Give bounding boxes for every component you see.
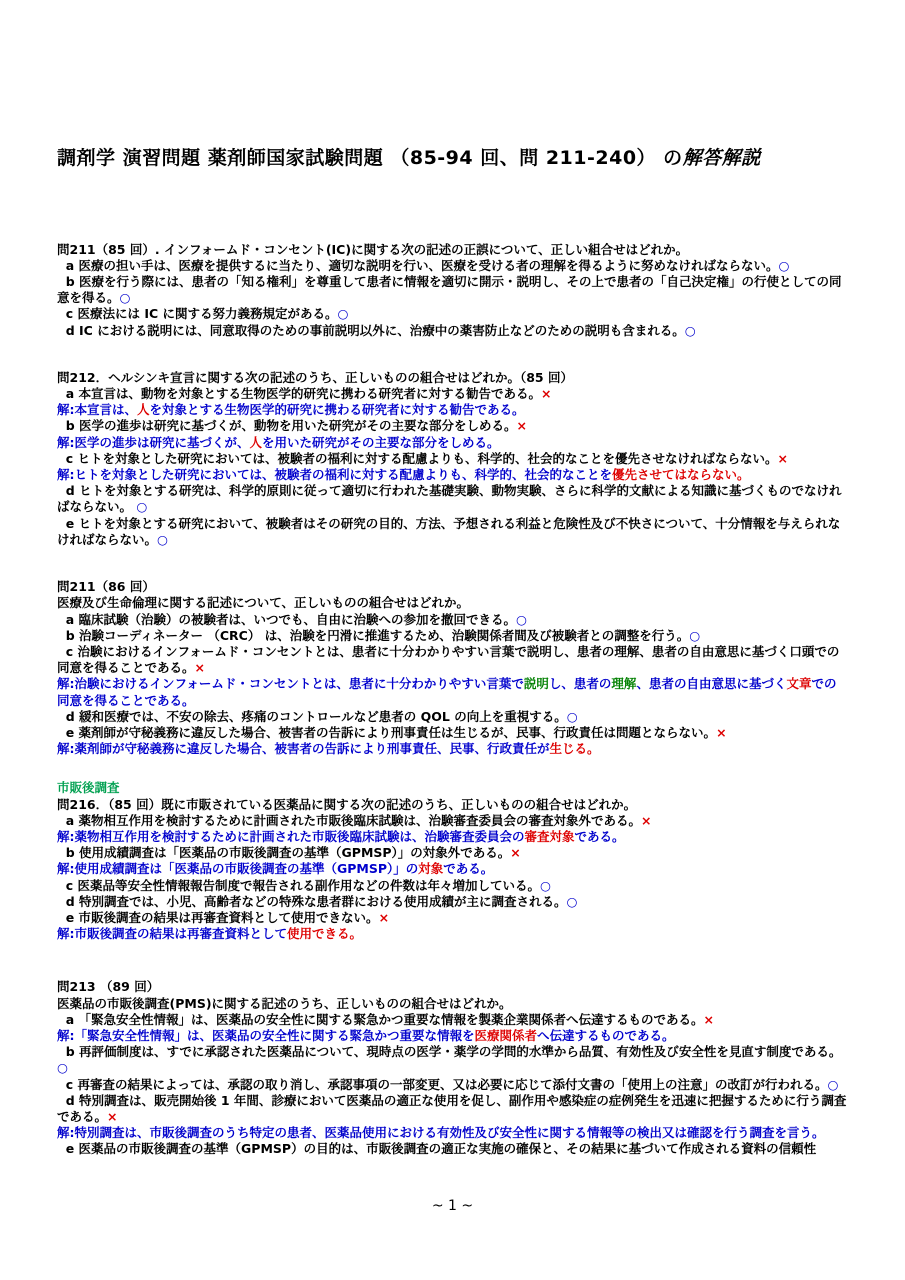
text-segment: 説明 [524,676,549,691]
text-segment: c 再審査の結果によっては、承認の取り消し、承認事項の一部変更、又は必要に応じて… [57,1077,827,1092]
text-segment: c 医療法には IC に関する努力義務規定がある。 [57,306,338,321]
text-segment: ○ [338,306,349,321]
text-segment: 審査対象 [525,829,575,844]
text-segment: 使用できる。 [287,926,362,941]
question-section: 問211（86 回）医療及び生命倫理に関する記述について、正しいものの組合せはど… [57,579,848,757]
text-segment: × [195,660,205,675]
text-segment: ○ [567,709,578,724]
text-segment: 理解 [611,676,636,691]
question-section: 問213 （89 回）医薬品の市販後調査(PMS)に関する記述のうち、正しいもの… [57,979,848,1157]
text-line: a 「緊急安全性情報」は、医薬品の安全性に関する緊急かつ重要な情報を製薬企業関係… [57,1012,848,1028]
text-line: 解:特別調査は、市販後調査のうち特定の患者、医薬品使用における有効性及び安全性に… [57,1125,848,1141]
text-line: 医薬品の市販後調査(PMS)に関する記述のうち、正しいものの組合せはどれか。 [57,996,848,1012]
text-segment: 対象 [418,861,443,876]
text-segment: b 医学の進歩は研究に基づくが、動物を用いた研究がその主要な部分をしめる。 [57,418,517,433]
text-segment: 、患者の自由意思に基づく [636,676,786,691]
text-line: c ヒトを対象とした研究においては、被験者の福利に対する配慮よりも、科学的、社会… [57,451,848,467]
text-line: 医療及び生命倫理に関する記述について、正しいものの組合せはどれか。 [57,595,848,611]
page-number: ~ 1 ~ [0,1198,905,1214]
text-line: 問213 （89 回） [57,979,848,995]
text-segment: b 治験コーディネーター （CRC） は、治験を円滑に推進するため、治験関係者間… [57,628,689,643]
text-line: c 治験におけるインフォームド・コンセントとは、患者に十分わかりやすい言葉で説明… [57,644,848,676]
text-line: d 緩和医療では、不安の除去、疼痛のコントロールなど患者の QOL の向上を重視… [57,709,848,725]
text-segment: ○ [567,894,578,909]
text-segment: 解:薬剤師が守秘義務に違反した場合、被害者の告訴により刑事責任、民事、行政責任が [57,741,550,756]
text-segment: 解:医学の進歩は研究に基づくが、 [57,435,250,450]
text-segment: 人 [137,402,150,417]
text-line: e 市販後調査の結果は再審査資料として使用できない。× [57,910,848,926]
text-line: 問216．（85 回）既に市販されている医薬品に関する次の記述のうち、正しいもの… [57,797,848,813]
text-segment: 医薬品の市販後調査(PMS)に関する記述のうち、正しいものの組合せはどれか。 [57,996,512,1011]
text-segment: × [641,813,651,828]
text-segment: である。 [575,829,625,844]
page-title-main: 調剤学 演習問題 薬剤師国家試験問題 （85-94 回、問 211-240） の [57,147,683,169]
text-segment: d ヒトを対象とする研究は、科学的原則に従って適切に行われた基礎実験、動物実験、… [57,483,842,514]
page-title: 調剤学 演習問題 薬剤師国家試験問題 （85-94 回、問 211-240） の… [57,0,848,172]
text-segment: ○ [689,628,700,643]
document-page: 調剤学 演習問題 薬剤師国家試験問題 （85-94 回、問 211-240） の… [0,0,905,1280]
text-segment: ○ [516,612,527,627]
text-segment: 生じる。 [550,741,600,756]
text-line: a 薬物相互作用を検討するために計画された市販後臨床試験は、治験審査委員会の審査… [57,813,848,829]
text-segment: d IC における説明には、同意取得のための事前説明以外に、治療中の薬害防止など… [57,323,685,338]
text-segment: 問212．ヘルシンキ宣言に関する次の記述のうち、正しいものの組合せはどれか。（8… [57,370,573,385]
text-segment: a 臨床試験（治験）の被験者は、いつでも、自由に治験への参加を撤回できる。 [57,612,516,627]
text-segment: 問216．（85 回）既に市販されている医薬品に関する次の記述のうち、正しいもの… [57,797,636,812]
text-segment: × [716,725,726,740]
text-segment: e ヒトを対象とする研究において、被験者はその研究の目的、方法、予想される利益と… [57,516,840,547]
text-line: 解:市販後調査の結果は再審査資料として使用できる。 [57,926,848,942]
text-segment: d 特別調査では、小児、高齢者などの特殊な患者群における使用成績が主に調査される… [57,894,567,909]
text-line: 解:医学の進歩は研究に基づくが、人を用いた研究がその主要な部分をしめる。 [57,435,848,451]
text-line: 解:ヒトを対象とした研究においては、被験者の福利に対する配慮よりも、科学的、社会… [57,467,848,483]
text-segment: b 使用成績調査は「医薬品の市販後調査の基準（GPMSP）」の対象外である。 [57,845,510,860]
text-segment: × [517,418,527,433]
text-segment: e 市販後調査の結果は再審査資料として使用できない。 [57,910,379,925]
text-line: a 臨床試験（治験）の被験者は、いつでも、自由に治験への参加を撤回できる。○ [57,612,848,628]
text-line: b 治験コーディネーター （CRC） は、治験を円滑に推進するため、治験関係者間… [57,628,848,644]
text-line: 解:「緊急安全性情報」は、医薬品の安全性に関する緊急かつ重要な情報を医療関係者へ… [57,1028,848,1044]
text-segment: ○ [157,532,168,547]
text-line: a 本宣言は、動物を対象とする生物医学的研究に携わる研究者に対する勧告である。× [57,386,848,402]
text-segment: ○ [685,323,696,338]
text-line: 解:本宣言は、人を対象とする生物医学的研究に携わる研究者に対する勧告である。 [57,402,848,418]
text-segment: 解:治験におけるインフォームド・コンセントとは、患者に十分わかりやすい言葉で [57,676,524,691]
text-segment: c ヒトを対象とした研究においては、被験者の福利に対する配慮よりも、科学的、社会… [57,451,777,466]
text-line: 問212．ヘルシンキ宣言に関する次の記述のうち、正しいものの組合せはどれか。（8… [57,370,848,386]
text-segment: ○ [120,290,131,305]
text-segment: c 治験におけるインフォームド・コンセントとは、患者に十分わかりやすい言葉で説明… [57,644,839,675]
text-line: e ヒトを対象とする研究において、被験者はその研究の目的、方法、予想される利益と… [57,516,848,548]
page-title-italic: 解答解説 [683,147,761,169]
text-line: 解:薬剤師が守秘義務に違反した場合、被害者の告訴により刑事責任、民事、行政責任が… [57,741,848,757]
text-segment: 医療及び生命倫理に関する記述について、正しいものの組合せはどれか。 [57,595,469,610]
text-line: e 医薬品の市販後調査の基準（GPMSP）の目的は、市販後調査の適正な実施の確保… [57,1141,848,1157]
text-segment: d 緩和医療では、不安の除去、疼痛のコントロールなど患者の QOL の向上を重視… [57,709,567,724]
section-heading: 市販後調査 [57,780,848,796]
text-line: b 医学の進歩は研究に基づくが、動物を用いた研究がその主要な部分をしめる。× [57,418,848,434]
text-segment: × [777,451,787,466]
text-line: 解:治験におけるインフォームド・コンセントとは、患者に十分わかりやすい言葉で説明… [57,676,848,708]
text-segment: 解:本宣言は、 [57,402,137,417]
text-segment: a 医療の担い手は、医療を提供するに当たり、適切な説明を行い、医療を受ける者の理… [57,258,779,273]
text-segment: 医療関係者 [475,1028,538,1043]
text-segment: a 薬物相互作用を検討するために計画された市販後臨床試験は、治験審査委員会の審査… [57,813,641,828]
text-segment: 解:「緊急安全性情報」は、医薬品の安全性に関する緊急かつ重要な情報を [57,1028,475,1043]
text-segment: a 本宣言は、動物を対象とする生物医学的研究に携わる研究者に対する勧告である。 [57,386,541,401]
text-line: c 医療法には IC に関する努力義務規定がある。○ [57,306,848,322]
text-segment: ○ [827,1077,838,1092]
text-segment: し、患者の [549,676,612,691]
text-segment: 解:薬物相互作用を検討するために計画された市販後臨床試験は、治験審査委員会の [57,829,525,844]
content: 問211（85 回）. インフォームド・コンセント(IC)に関する次の記述の正誤… [57,242,848,1158]
text-line: e 薬剤師が守秘義務に違反した場合、被害者の告訴により刑事責任は生じるが、民事、… [57,725,848,741]
text-line: b 再評価制度は、すでに承認された医薬品について、現時点の医学・薬学の学問的水準… [57,1044,848,1076]
question-section: 市販後調査問216．（85 回）既に市販されている医薬品に関する次の記述のうち、… [57,780,848,942]
question-section: 問211（85 回）. インフォームド・コンセント(IC)に関する次の記述の正誤… [57,242,848,339]
text-segment: である。 [443,861,493,876]
text-segment: b 再評価制度は、すでに承認された医薬品について、現時点の医学・薬学の学問的水準… [57,1044,841,1059]
text-segment: 文章 [786,676,811,691]
text-segment: 人 [250,435,263,450]
text-line: c 再審査の結果によっては、承認の取り消し、承認事項の一部変更、又は必要に応じて… [57,1077,848,1093]
text-line: d 特別調査では、小児、高齢者などの特殊な患者群における使用成績が主に調査される… [57,894,848,910]
text-segment: × [510,845,520,860]
text-segment: を対象とする生物医学的研究に携わる研究者に対する勧告である。 [150,402,525,417]
text-line: c 医薬品等安全性情報報告制度で報告される副作用などの件数は年々増加している。○ [57,878,848,894]
text-segment: e 医薬品の市販後調査の基準（GPMSP）の目的は、市販後調査の適正な実施の確保… [57,1141,816,1156]
text-line: 問211（85 回）. インフォームド・コンセント(IC)に関する次の記述の正誤… [57,242,848,258]
text-line: b 医療を行う際には、患者の「知る権利」を尊重して患者に情報を適切に開示・説明し… [57,274,848,306]
text-segment: 優先させてはならない。 [612,467,750,482]
text-line: 問211（86 回） [57,579,848,595]
text-segment: c 医薬品等安全性情報報告制度で報告される副作用などの件数は年々増加している。 [57,878,540,893]
text-line: d IC における説明には、同意取得のための事前説明以外に、治療中の薬害防止など… [57,323,848,339]
text-segment: 問213 （89 回） [57,979,159,994]
text-segment: × [379,910,389,925]
text-segment: 問211（85 回）. インフォームド・コンセント(IC)に関する次の記述の正誤… [57,242,688,257]
text-segment: × [541,386,551,401]
text-line: b 使用成績調査は「医薬品の市販後調査の基準（GPMSP）」の対象外である。× [57,845,848,861]
text-line: d 特別調査は、販売開始後 1 年間、診療において医薬品の適正な使用を促し、副作… [57,1093,848,1125]
text-segment: 問211（86 回） [57,579,155,594]
text-segment: a 「緊急安全性情報」は、医薬品の安全性に関する緊急かつ重要な情報を製薬企業関係… [57,1012,704,1027]
text-line: 解:薬物相互作用を検討するために計画された市販後臨床試験は、治験審査委員会の審査… [57,829,848,845]
text-segment: 解:特別調査は、市販後調査のうち特定の患者、医薬品使用における有効性及び安全性に… [57,1125,825,1140]
text-segment: ○ [57,1060,68,1075]
text-line: d ヒトを対象とする研究は、科学的原則に従って適切に行われた基礎実験、動物実験、… [57,483,848,515]
text-segment: × [704,1012,714,1027]
text-segment: ○ [136,499,147,514]
text-segment: へ伝達するものである。 [537,1028,675,1043]
text-segment: 解:使用成績調査は「医薬品の市販後調査の基準（GPMSP）」の [57,861,418,876]
text-line: 解:使用成績調査は「医薬品の市販後調査の基準（GPMSP）」の対象である。 [57,861,848,877]
question-section: 問212．ヘルシンキ宣言に関する次の記述のうち、正しいものの組合せはどれか。（8… [57,370,848,548]
text-segment: 解:市販後調査の結果は再審査資料として [57,926,287,941]
text-segment: × [107,1109,117,1124]
text-segment: を用いた研究がその主要な部分をしめる。 [262,435,500,450]
text-segment: 解:ヒトを対象とした研究においては、被験者の福利に対する配慮よりも、科学的、社会… [57,467,612,482]
text-segment: b 医療を行う際には、患者の「知る権利」を尊重して患者に情報を適切に開示・説明し… [57,274,842,305]
text-segment: e 薬剤師が守秘義務に違反した場合、被害者の告訴により刑事責任は生じるが、民事、… [57,725,716,740]
text-segment: d 特別調査は、販売開始後 1 年間、診療において医薬品の適正な使用を促し、副作… [57,1093,846,1124]
text-line: a 医療の担い手は、医療を提供するに当たり、適切な説明を行い、医療を受ける者の理… [57,258,848,274]
text-segment: ○ [540,878,551,893]
text-segment: ○ [779,258,790,273]
